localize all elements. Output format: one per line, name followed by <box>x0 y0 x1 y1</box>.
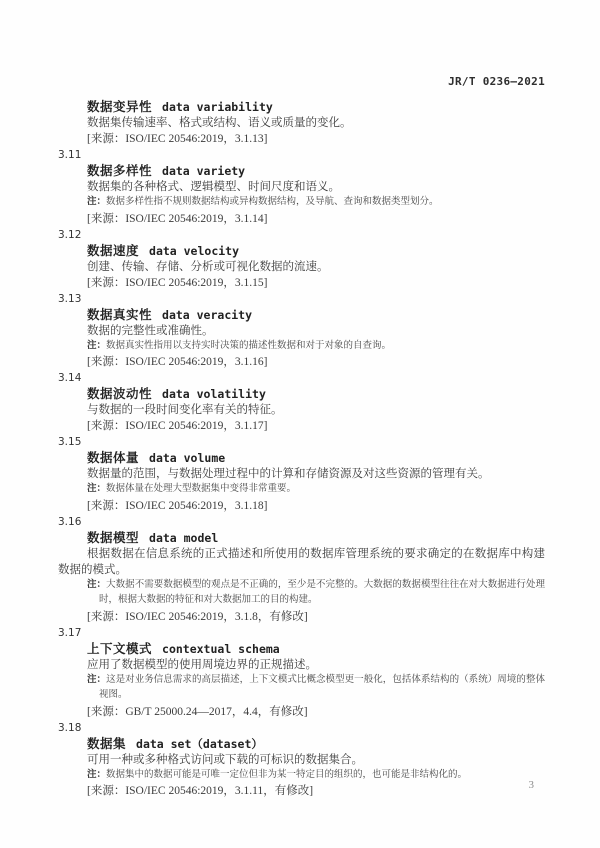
note-text: 数据多样性指不规则数据结构或异构数据结构，及导航、查询和数据类型划分。 <box>106 197 439 207</box>
term-en: data set（dataset） <box>136 737 263 751</box>
note-label: 注： <box>87 341 106 351</box>
note-text: 数据体量在处理大型数据集中变得非常重要。 <box>106 484 296 494</box>
term-en: data velocity <box>149 244 239 258</box>
term-source: [来源：ISO/IEC 20546:2019，3.1.18] <box>87 498 545 514</box>
term-definition: 数据的完整性或准确性。 <box>58 323 545 339</box>
term-en: data volatility <box>162 387 266 401</box>
term-title: 数据变异性data variability <box>58 99 545 115</box>
clause-number: 3.13 <box>58 291 545 307</box>
term-title: 数据波动性data volatility <box>58 386 545 402</box>
term-zh: 数据变异性 <box>87 100 152 114</box>
term-zh: 数据模型 <box>87 531 139 545</box>
term-title: 数据多样性data variety <box>58 163 545 179</box>
term-title: 数据真实性data veracity <box>58 307 545 323</box>
terms-section: 数据变异性data variability 数据集传输速率、格式或结构、语义或质… <box>58 99 545 799</box>
note-text: 大数据不需要数据模型的观点是不正确的，至少是不完整的。大数据的数据模型往往在对大… <box>99 580 545 606</box>
term-entry-data-velocity: 3.12 数据速度data velocity 创建、传输、存储、分析或可视化数据… <box>58 227 545 291</box>
note-label: 注： <box>87 770 106 780</box>
term-entry-contextual-schema: 3.17 上下文模式contextual schema 应用了数据模型的使用周境… <box>58 625 545 720</box>
term-en: data veracity <box>162 308 252 322</box>
term-note: 注：数据体量在处理大型数据集中变得非常重要。 <box>87 482 545 498</box>
term-source: [来源：GB/T 25000.24—2017，4.4，有修改] <box>87 704 545 720</box>
term-en: data volume <box>149 451 225 465</box>
term-source: [来源：ISO/IEC 20546:2019，3.1.13] <box>87 131 545 147</box>
term-title: 数据体量data volume <box>58 450 545 466</box>
term-entry-data-set: 3.18 数据集data set（dataset） 可用一种或多种格式访问或下载… <box>58 720 545 800</box>
clause-number: 3.17 <box>58 625 545 641</box>
term-note: 注：这是对业务信息需求的高层描述，上下文模式比概念模型更一般化，包括体系结构的（… <box>87 673 545 704</box>
term-en: data variability <box>162 100 273 114</box>
term-definition: 根据数据在信息系统的正式描述和所使用的数据库管理系统的要求确定的在数据库中构建数… <box>58 546 545 578</box>
term-zh: 数据体量 <box>87 451 139 465</box>
term-definition: 与数据的一段时间变化率有关的特征。 <box>58 402 545 418</box>
term-source: [来源：ISO/IEC 20546:2019，3.1.16] <box>87 354 545 370</box>
term-zh: 数据多样性 <box>87 164 152 178</box>
document-page: JR/T 0236—2021 数据变异性data variability 数据集… <box>0 0 600 848</box>
term-note: 注：大数据不需要数据模型的观点是不正确的，至少是不完整的。大数据的数据模型往往在… <box>87 578 545 609</box>
note-label: 注： <box>87 580 106 590</box>
term-source: [来源：ISO/IEC 20546:2019，3.1.14] <box>87 211 545 227</box>
term-entry-data-model: 3.16 数据模型data model 根据数据在信息系统的正式描述和所使用的数… <box>58 514 545 625</box>
term-zh: 数据真实性 <box>87 308 152 322</box>
term-definition: 可用一种或多种格式访问或下载的可标识的数据集合。 <box>58 752 545 768</box>
term-title: 数据速度data velocity <box>58 243 545 259</box>
term-en: data variety <box>162 164 245 178</box>
term-source: [来源：ISO/IEC 20546:2019，3.1.11，有修改] <box>87 783 545 799</box>
term-definition: 数据集的各种格式、逻辑模型、时间尺度和语义。 <box>58 179 545 195</box>
term-definition: 创建、传输、存储、分析或可视化数据的流速。 <box>58 259 545 275</box>
term-entry-data-volatility: 3.14 数据波动性data volatility 与数据的一段时间变化率有关的… <box>58 370 545 434</box>
clause-number: 3.12 <box>58 227 545 243</box>
term-title: 数据模型data model <box>58 530 545 546</box>
document-code: JR/T 0236—2021 <box>448 75 545 88</box>
term-title: 上下文模式contextual schema <box>58 641 545 657</box>
term-definition: 数据量的范围，与数据处理过程中的计算和存储资源及对这些资源的管理有关。 <box>58 466 545 482</box>
note-label: 注： <box>87 197 106 207</box>
term-en: contextual schema <box>162 642 280 656</box>
term-note: 注：数据集中的数据可能是可唯一定位但非为某一特定目的组织的，也可能是非结构化的。 <box>87 768 545 784</box>
term-en: data model <box>149 531 218 545</box>
note-label: 注： <box>87 675 106 685</box>
term-source: [来源：ISO/IEC 20546:2019，3.1.15] <box>87 275 545 291</box>
note-text: 这是对业务信息需求的高层描述，上下文模式比概念模型更一般化，包括体系结构的（系统… <box>99 675 545 701</box>
term-zh: 数据集 <box>87 737 126 751</box>
term-note: 注：数据多样性指不规则数据结构或异构数据结构，及导航、查询和数据类型划分。 <box>87 195 545 211</box>
note-label: 注： <box>87 484 106 494</box>
note-text: 数据真实性指用以支持实时决策的描述性数据和对于对象的自查询。 <box>106 341 391 351</box>
term-zh: 数据波动性 <box>87 387 152 401</box>
term-note: 注：数据真实性指用以支持实时决策的描述性数据和对于对象的自查询。 <box>87 339 545 355</box>
term-definition: 数据集传输速率、格式或结构、语义或质量的变化。 <box>58 115 545 131</box>
clause-number: 3.11 <box>58 147 545 163</box>
clause-number: 3.14 <box>58 370 545 386</box>
term-zh: 数据速度 <box>87 244 139 258</box>
term-entry-data-veracity: 3.13 数据真实性data veracity 数据的完整性或准确性。 注：数据… <box>58 291 545 371</box>
page-header: JR/T 0236—2021 <box>58 72 545 90</box>
clause-number: 3.18 <box>58 720 545 736</box>
clause-number: 3.16 <box>58 514 545 530</box>
term-entry-data-variety: 3.11 数据多样性data variety 数据集的各种格式、逻辑模型、时间尺… <box>58 147 545 227</box>
term-title: 数据集data set（dataset） <box>58 736 545 752</box>
term-entry-data-volume: 3.15 数据体量data volume 数据量的范围，与数据处理过程中的计算和… <box>58 434 545 514</box>
term-definition: 应用了数据模型的使用周境边界的正规描述。 <box>58 657 545 673</box>
page-footer: 3 <box>529 779 535 791</box>
page-number: 3 <box>529 779 535 791</box>
note-text: 数据集中的数据可能是可唯一定位但非为某一特定目的组织的，也可能是非结构化的。 <box>106 770 467 780</box>
term-source: [来源：ISO/IEC 20546:2019，3.1.17] <box>87 418 545 434</box>
term-source: [来源：ISO/IEC 20546:2019，3.1.8，有修改] <box>87 609 545 625</box>
clause-number: 3.15 <box>58 434 545 450</box>
term-zh: 上下文模式 <box>87 642 152 656</box>
term-entry-data-variability: 数据变异性data variability 数据集传输速率、格式或结构、语义或质… <box>58 99 545 147</box>
